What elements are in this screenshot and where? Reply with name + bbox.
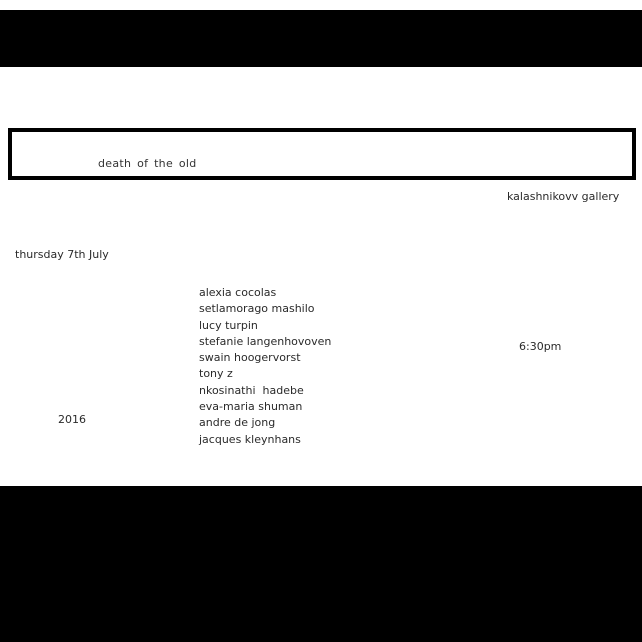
artist-name: setlamorago mashilo <box>199 301 331 317</box>
artist-name: nkosinathi hadebe <box>199 383 331 399</box>
artist-name: alexia cocolas <box>199 285 331 301</box>
artist-name: eva-maria shuman <box>199 399 331 415</box>
event-time: 6:30pm <box>519 340 561 353</box>
title-box: death of the old <box>8 128 636 180</box>
artist-name: stefanie langenhovoven <box>199 334 331 350</box>
top-black-band <box>0 10 642 67</box>
bottom-black-band <box>0 486 642 642</box>
artist-list: alexia cocolas setlamorago mashilo lucy … <box>199 285 331 448</box>
event-date: thursday 7th July <box>15 248 109 261</box>
artist-name: jacques kleynhans <box>199 432 331 448</box>
artist-name: lucy turpin <box>199 318 331 334</box>
event-year: 2016 <box>58 413 86 426</box>
venue-name: kalashnikovv gallery <box>507 190 619 203</box>
exhibition-title: death of the old <box>98 157 197 170</box>
artist-name: andre de jong <box>199 415 331 431</box>
artist-name: tony z <box>199 366 331 382</box>
artist-name: swain hoogervorst <box>199 350 331 366</box>
